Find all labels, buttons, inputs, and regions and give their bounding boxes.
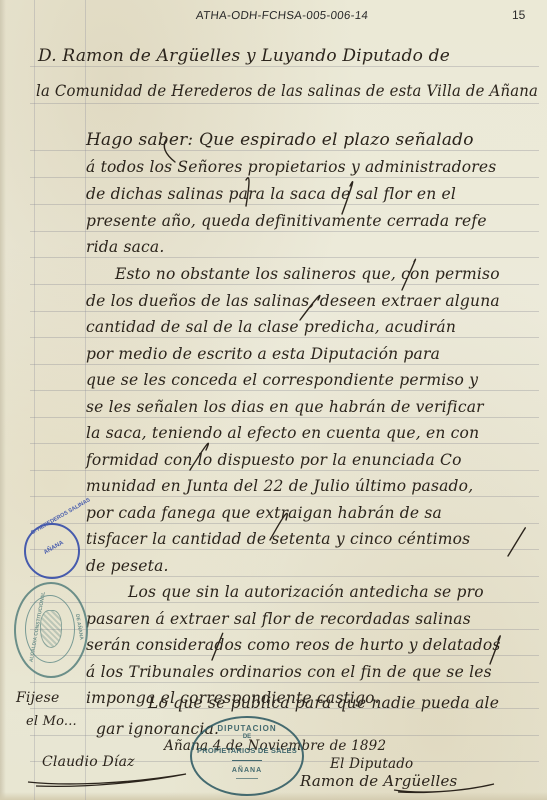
paper-edge-left bbox=[0, 0, 6, 800]
heading-line-2: la Comunidad de Herederos de las salinas… bbox=[36, 82, 538, 100]
ruled-line bbox=[30, 231, 539, 232]
ruled-line bbox=[30, 576, 539, 577]
paper-edge-bottom bbox=[0, 792, 547, 800]
ruled-line bbox=[30, 66, 539, 67]
stamp-divider bbox=[236, 778, 258, 779]
ruled-line bbox=[30, 257, 539, 258]
body-line: Los que sin la autorización antedicha se… bbox=[128, 583, 484, 601]
ruled-line bbox=[30, 496, 539, 497]
ruled-line bbox=[30, 177, 539, 178]
ruled-line bbox=[30, 602, 539, 603]
body-line: á todos los Señores propietarios y admin… bbox=[86, 158, 496, 176]
heading-line-1: D. Ramon de Argüelles y Luyando Diputado… bbox=[38, 46, 450, 66]
body-line: pasaren á extraer sal flor de recordadas… bbox=[86, 610, 471, 628]
ruled-line bbox=[30, 655, 539, 656]
margin-line-outer bbox=[34, 0, 35, 800]
ruled-line bbox=[30, 284, 539, 285]
ruled-line bbox=[30, 417, 539, 418]
body-line: Hago saber: Que espirado el plazo señala… bbox=[86, 130, 474, 150]
stamp-middle-text: PROPIETARIOS DE SALES bbox=[192, 746, 302, 755]
ruled-line bbox=[30, 390, 539, 391]
body-line: de los dueños de las salinas, deseen ext… bbox=[86, 292, 500, 310]
body-line: rida saca. bbox=[86, 238, 165, 256]
seal-ring-text-right: DE AÑANA bbox=[74, 614, 84, 641]
coat-of-arms-icon bbox=[40, 610, 62, 648]
page-number: 15 bbox=[512, 8, 525, 22]
stamp-alcaldia-seal: ALCALDIA CONSTITUCIONAL DE AÑANA bbox=[14, 582, 88, 678]
body-line: Lo que se publica para que nadie pueda a… bbox=[148, 694, 499, 712]
body-line: tisfacer la cantidad de setenta y cinco … bbox=[86, 530, 470, 548]
stamp-ring-text: C. HEREDEROS SALINAS bbox=[30, 497, 91, 536]
stamp-diputacion-propietarios: DIPUTACION DE PROPIETARIOS DE SALES AÑAN… bbox=[190, 716, 304, 796]
ruled-line bbox=[30, 103, 539, 104]
ruled-line bbox=[30, 311, 539, 312]
body-line: serán considerados como reos de hurto y … bbox=[86, 636, 501, 654]
ruled-line bbox=[30, 629, 539, 630]
ruled-line bbox=[30, 364, 539, 365]
body-line: cantidad de sal de la clase predicha, ac… bbox=[86, 318, 456, 336]
ruled-line bbox=[30, 470, 539, 471]
body-line: á los Tribunales ordinarios con el fin d… bbox=[86, 663, 492, 681]
signature-right-name: Ramon de Argüelles bbox=[300, 772, 457, 790]
signature-left: Claudio Díaz bbox=[42, 754, 135, 770]
body-line: por medio de escrito a esta Diputación p… bbox=[86, 345, 440, 363]
body-line: se les señalen los dias en que habrán de… bbox=[86, 398, 484, 416]
body-line: formidad con lo dispuesto por la enuncia… bbox=[86, 451, 462, 469]
body-line: presente año, queda definitivamente cerr… bbox=[86, 212, 487, 230]
signature-right-title: El Diputado bbox=[330, 756, 413, 772]
stamp-top-text: DIPUTACION bbox=[192, 724, 302, 733]
ruled-line bbox=[30, 682, 539, 683]
body-line: Esto no obstante los salineros que, con … bbox=[115, 265, 500, 283]
body-line: la saca, teniendo al efecto en cuenta qu… bbox=[86, 424, 479, 442]
ruled-line bbox=[30, 443, 539, 444]
body-line: munidad en Junta del 22 de Julio último … bbox=[86, 477, 473, 495]
body-line: que se les conceda el correspondiente pe… bbox=[86, 371, 478, 389]
ruled-line bbox=[30, 204, 539, 205]
stamp-sub-text: DE bbox=[192, 734, 302, 740]
body-line: de dichas salinas para la saca de sal fl… bbox=[86, 185, 456, 203]
ruled-line bbox=[30, 523, 539, 524]
stamp-bottom-text: AÑANA bbox=[192, 767, 302, 774]
body-line: por cada fanega que extraigan habrán de … bbox=[86, 504, 442, 522]
stamp-center-text: AÑANA bbox=[43, 540, 65, 556]
archive-reference: ATHA-ODH-FCHSA-005-006-14 bbox=[195, 10, 368, 22]
margin-note-line-2: el Mo... bbox=[26, 714, 77, 729]
ruled-line bbox=[30, 150, 539, 151]
ruled-line bbox=[30, 549, 539, 550]
document-page: ATHA-ODH-FCHSA-005-006-14 15 D. Ramon de… bbox=[0, 0, 547, 800]
body-line: de peseta. bbox=[86, 557, 169, 575]
signature-flourish-left bbox=[26, 770, 196, 790]
stamp-divider bbox=[232, 760, 262, 761]
ruled-line bbox=[30, 337, 539, 338]
stamp-herederos-salinas: C. HEREDEROS SALINAS AÑANA bbox=[24, 523, 80, 579]
margin-note-line-1: Fijese bbox=[16, 690, 60, 706]
